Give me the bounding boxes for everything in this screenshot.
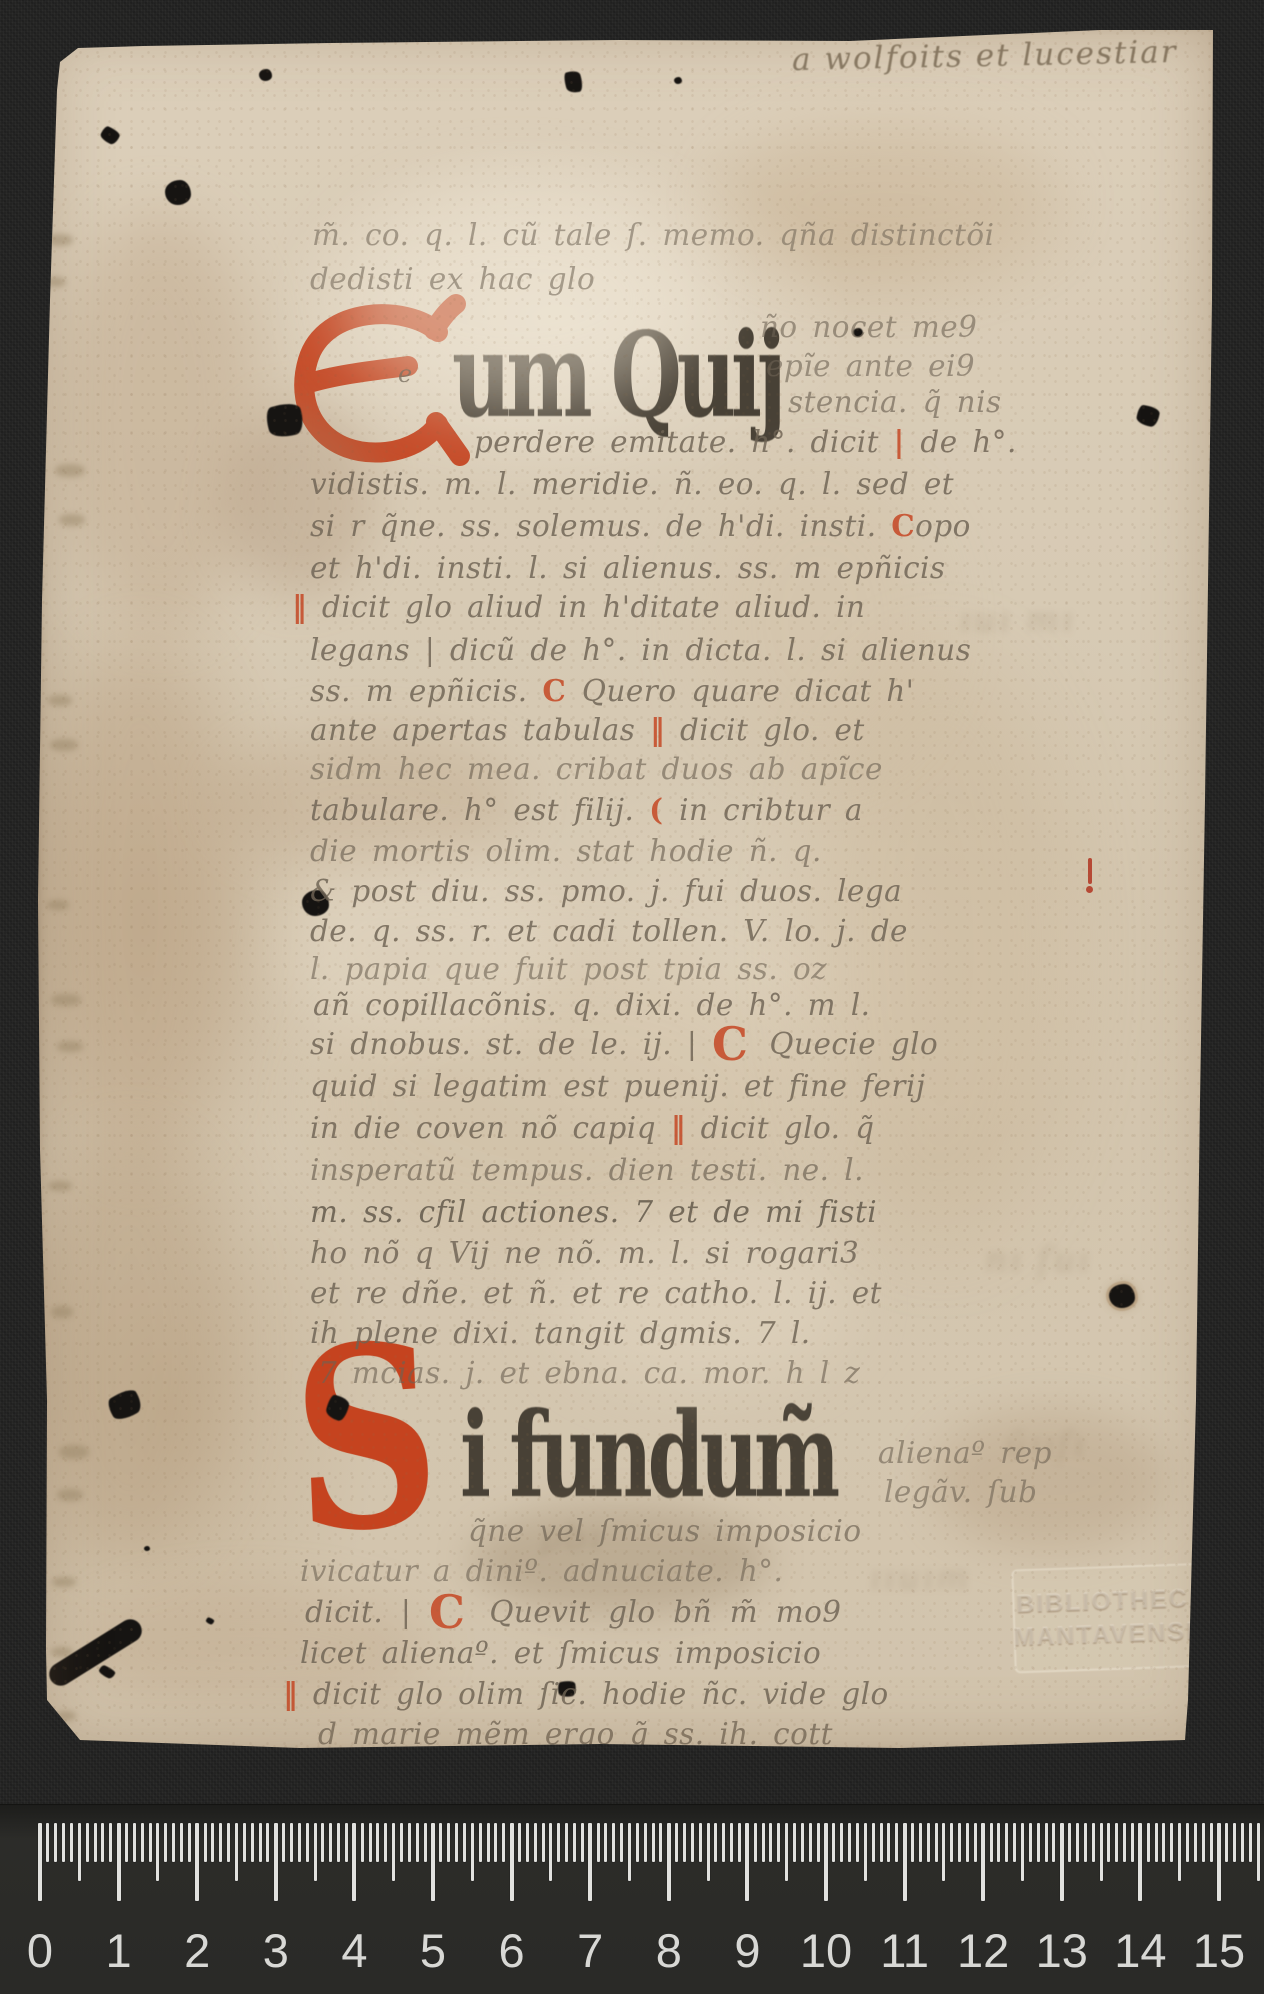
gloss-text: sidm hec mea. cribat duos ab apĩce — [310, 752, 883, 787]
mm-tick — [1147, 1823, 1150, 1862]
red-ink-drop — [1086, 886, 1093, 893]
text-line: ih plene dixi. tangit dgmis. 7 l. — [310, 1316, 811, 1351]
wormhole-spot — [1135, 404, 1160, 428]
gloss-text: ss. m epñicis. — [310, 674, 542, 709]
gloss-text: & post diu. ss. pmo. j. fui duos. lega — [310, 874, 902, 909]
ruler-number: 10 — [794, 1923, 858, 1978]
wormhole-spot — [1109, 1284, 1135, 1308]
mm-tick — [699, 1823, 702, 1862]
mm-tick — [416, 1823, 419, 1862]
mm-tick — [785, 1823, 788, 1881]
text-line: de. q. ss. r. et cadi tollen. V. lo. j. … — [310, 914, 908, 949]
cm-tick — [1060, 1823, 1064, 1901]
mm-tick — [172, 1823, 175, 1862]
gloss-text: dicit glo olim ſic. hodie ñc. vide glo — [298, 1677, 889, 1712]
mm-tick — [919, 1823, 922, 1862]
mm-tick — [1155, 1823, 1158, 1862]
text-line: dedisti ex hac glo — [310, 262, 595, 297]
text-line: m̃. co. q. l. cũ tale ſ. memo. qña disti… — [312, 218, 994, 253]
mm-tick — [620, 1823, 623, 1862]
mm-tick — [479, 1823, 482, 1862]
mm-tick — [997, 1823, 1000, 1862]
mm-tick — [1249, 1823, 1252, 1862]
ruler-number: 5 — [401, 1923, 465, 1978]
gloss-text: insperatũ tempus. dien testi. ne. l. — [310, 1153, 864, 1188]
top-inscription: a wolfoits et lucestiar — [792, 34, 1178, 78]
mm-tick — [227, 1823, 230, 1862]
mm-tick — [298, 1823, 301, 1862]
faded-margin-mark — [59, 514, 85, 526]
rubric-mark: ‖ — [671, 1111, 686, 1146]
wormhole-spot — [259, 69, 272, 81]
text-line: sidm hec mea. cribat duos ab apĩce — [310, 752, 883, 787]
gloss-text: añ copillacõnis. q. dixi. de h°. m l. — [313, 988, 871, 1023]
gloss-text: in cribtur a — [679, 793, 863, 828]
text-line: tabulare. h° est filij. ( in cribtur a — [310, 793, 863, 828]
mm-tick — [581, 1823, 584, 1862]
mm-tick — [1084, 1823, 1087, 1862]
mm-tick — [683, 1823, 686, 1862]
mm-tick — [487, 1823, 490, 1862]
parchment-stain — [45, 640, 235, 1160]
mm-tick — [361, 1823, 364, 1862]
cm-tick — [117, 1823, 121, 1901]
mm-tick — [754, 1823, 757, 1862]
parchment-stain — [60, 210, 260, 630]
heading-word-1: um Quij — [452, 306, 781, 444]
mm-tick — [164, 1823, 167, 1862]
ruler-number: 13 — [1030, 1923, 1094, 1978]
mm-tick — [793, 1823, 796, 1862]
text-line: legans | dicũ de h°. in dicta. l. si ali… — [310, 633, 971, 668]
mm-tick — [817, 1823, 820, 1862]
mm-tick — [46, 1823, 49, 1862]
gloss-text: m̃. co. q. l. cũ tale ſ. memo. qña disti… — [312, 218, 994, 253]
gloss-text: opo — [915, 509, 971, 544]
mm-tick — [1005, 1823, 1008, 1862]
mm-tick — [1123, 1823, 1126, 1862]
mm-tick — [455, 1823, 458, 1862]
stamp-line-1: BIBLIOTHECA — [1016, 1584, 1210, 1620]
mm-tick — [714, 1823, 717, 1862]
gloss-text: dedisti ex hac glo — [310, 262, 595, 297]
cm-tick — [824, 1823, 828, 1901]
faded-margin-mark — [51, 1306, 73, 1318]
cm-tick — [588, 1823, 592, 1901]
mm-tick — [384, 1823, 387, 1862]
text-line: d marie mẽm ergo q̃ ss. ih. cott — [318, 1717, 833, 1752]
mm-tick — [78, 1823, 81, 1881]
mm-tick — [408, 1823, 411, 1862]
text-line: ño nocet me9 — [760, 310, 977, 345]
mm-tick — [612, 1823, 615, 1862]
rubric-mark: ‖ — [292, 590, 307, 625]
gloss-text: Quevit glo bñ m̃ mo9 — [489, 1595, 841, 1630]
gloss-text: dicit. | — [305, 1595, 429, 1630]
mm-tick — [1076, 1823, 1079, 1862]
rubric-mark: | — [894, 425, 921, 460]
mm-tick — [1092, 1823, 1095, 1862]
wormhole-spot — [674, 77, 682, 84]
wormhole-spot — [105, 1386, 146, 1425]
wormhole-spot — [165, 180, 191, 205]
mm-tick — [911, 1823, 914, 1862]
mm-tick — [762, 1823, 765, 1862]
mm-tick — [306, 1823, 309, 1862]
text-line: m. ss. cfil actiones. 7 et de mi fisti — [310, 1195, 877, 1230]
mm-tick — [1170, 1823, 1173, 1862]
ruler-number: 3 — [244, 1923, 308, 1978]
show-through-text: ıuı mı — [960, 600, 1076, 640]
text-line: ante apertas tabulas ‖ dicit glo. et — [310, 713, 865, 748]
text-line: si r q̃ne. ss. solemus. de h'di. insti. … — [310, 509, 971, 544]
mm-tick — [1162, 1823, 1165, 1862]
parchment-stain — [720, 120, 1060, 280]
ruler-number: 6 — [480, 1923, 544, 1978]
mm-tick — [950, 1823, 953, 1862]
rubric-mark: C — [712, 1017, 769, 1071]
mm-tick — [1029, 1823, 1032, 1862]
gloss-text: ivicatur a diniº. adnuciate. h°. — [300, 1554, 783, 1589]
mm-tick — [188, 1823, 191, 1862]
manuscript-page: a wolfoits et lucestiar e um Quij S i fu… — [38, 24, 1218, 1754]
mm-tick — [636, 1823, 639, 1862]
mm-tick — [856, 1823, 859, 1862]
mm-tick — [628, 1823, 631, 1881]
mm-tick — [149, 1823, 152, 1862]
mm-tick — [1021, 1823, 1024, 1881]
mm-tick — [282, 1823, 285, 1862]
faded-margin-mark — [56, 1711, 76, 1721]
wormhole-spot — [562, 69, 584, 95]
wormhole-spot — [99, 124, 122, 145]
rubric-mark: C — [891, 509, 915, 544]
mm-tick — [872, 1823, 875, 1862]
stamp-line-2: MANTAVENSIS — [1013, 1617, 1214, 1653]
cm-tick — [745, 1823, 749, 1901]
ruler-number: 7 — [558, 1923, 622, 1978]
mm-tick — [94, 1823, 97, 1862]
mm-tick — [1178, 1823, 1181, 1881]
mm-tick — [832, 1823, 835, 1862]
mm-tick — [1233, 1823, 1236, 1862]
gloss-text: in die coven nõ capiq — [310, 1111, 671, 1146]
ruler-number: 1 — [87, 1923, 151, 1978]
cm-tick — [274, 1823, 278, 1901]
faded-margin-mark — [48, 1181, 72, 1191]
faded-margin-mark — [51, 994, 81, 1006]
text-line: l. papia que fuit post tpia ss. oz — [310, 952, 827, 987]
faded-margin-mark — [47, 900, 69, 910]
mm-tick — [549, 1823, 552, 1881]
mm-tick — [424, 1823, 427, 1862]
mm-tick — [1100, 1823, 1103, 1881]
gloss-text: de h°. — [920, 425, 1016, 460]
mm-tick — [133, 1823, 136, 1862]
mm-tick — [1013, 1823, 1016, 1862]
text-line: si dnobus. st. de le. ij. | C Quecie glo — [310, 1027, 938, 1062]
mm-tick — [1045, 1823, 1048, 1862]
mm-tick — [887, 1823, 890, 1862]
faded-margin-mark — [57, 1041, 83, 1052]
mm-tick — [557, 1823, 560, 1862]
mm-tick — [392, 1823, 395, 1881]
mm-tick — [1257, 1823, 1260, 1881]
mm-tick — [235, 1823, 238, 1881]
mm-tick — [691, 1823, 694, 1862]
mm-tick — [219, 1823, 222, 1862]
mm-tick — [376, 1823, 379, 1862]
gloss-text: legans | dicũ de h°. in dicta. l. si ali… — [310, 633, 971, 668]
mm-tick — [109, 1823, 112, 1862]
mm-tick — [494, 1823, 497, 1862]
manuscript-photo: a wolfoits et lucestiar e um Quij S i fu… — [0, 0, 1264, 1994]
gloss-text: die mortis olim. stat hodie ñ. q. — [310, 834, 822, 869]
gloss-text: 7 mcias. j. et ebna. ca. mor. h l z — [318, 1356, 860, 1391]
text-line: ‖ dicit glo aliud in h'ditate aliud. in — [292, 590, 865, 625]
mm-tick — [1186, 1823, 1189, 1862]
mm-tick — [722, 1823, 725, 1862]
ruler-number: 2 — [165, 1923, 229, 1978]
text-line: epĩe ante ei9 — [766, 349, 975, 384]
cm-tick — [510, 1823, 514, 1901]
ruler-number: 14 — [1108, 1923, 1172, 1978]
ruler-number: 11 — [873, 1923, 937, 1978]
text-line: insperatũ tempus. dien testi. ne. l. — [310, 1153, 864, 1188]
rubric-mark: ‖ — [283, 1677, 298, 1712]
mm-tick — [86, 1823, 89, 1862]
mm-tick — [259, 1823, 262, 1862]
faded-margin-mark — [46, 277, 66, 287]
mm-tick — [1052, 1823, 1055, 1862]
gloss-text: Quecie glo — [769, 1027, 938, 1062]
heading-word-2: i fundum̃ — [460, 1386, 835, 1524]
gloss-text: perdere emitate. h°. dicit — [474, 425, 894, 460]
mm-tick — [141, 1823, 144, 1862]
mm-tick — [1202, 1823, 1205, 1862]
mm-tick — [1225, 1823, 1228, 1862]
text-line: q̃ne vel ſmicus imposicio — [468, 1514, 862, 1549]
gloss-text: stencia. q̃ nis — [788, 385, 1002, 420]
ruler-number: 8 — [637, 1923, 701, 1978]
text-line: dicit. | C Quevit glo bñ m̃ mo9 — [305, 1595, 842, 1630]
gloss-text: licet alienaº. et ſmicus imposicio — [300, 1636, 821, 1671]
mm-tick — [251, 1823, 254, 1862]
mm-tick — [1210, 1823, 1213, 1862]
cm-tick — [352, 1823, 356, 1901]
mm-tick — [604, 1823, 607, 1862]
gloss-text: m. ss. cfil actiones. 7 et de mi fisti — [310, 1195, 877, 1230]
text-line: ‖ dicit glo olim ſic. hodie ñc. vide glo — [283, 1677, 889, 1712]
ruler-number: 9 — [715, 1923, 779, 1978]
mm-tick — [652, 1823, 655, 1862]
mm-tick — [573, 1823, 576, 1862]
mm-tick — [266, 1823, 269, 1862]
text-line: die mortis olim. stat hodie ñ. q. — [310, 834, 822, 869]
cm-tick — [1217, 1823, 1221, 1901]
gloss-text: ante apertas tabulas — [310, 713, 650, 748]
cm-tick — [195, 1823, 199, 1901]
mm-tick — [707, 1823, 710, 1881]
text-line: in die coven nõ capiq ‖ dicit glo. q̃ — [310, 1111, 875, 1146]
mm-tick — [801, 1823, 804, 1862]
text-line: 7 mcias. j. et ebna. ca. mor. h l z — [318, 1356, 860, 1391]
mm-tick — [935, 1823, 938, 1862]
mm-tick — [314, 1823, 317, 1881]
mm-tick — [1131, 1823, 1134, 1862]
cm-tick — [981, 1823, 985, 1901]
gloss-text: et re dñe. et ñ. et re catho. l. ij. et — [310, 1276, 882, 1311]
text-line: ss. m epñicis. C Quero quare dicat h' — [310, 674, 914, 709]
gloss-text: epĩe ante ei9 — [766, 349, 975, 384]
mm-tick — [345, 1823, 348, 1862]
mm-tick — [1241, 1823, 1244, 1862]
gloss-text: Quero quare dicat h' — [582, 674, 915, 709]
mm-tick — [204, 1823, 207, 1862]
show-through-text: nı ſuı — [985, 1240, 1092, 1280]
cm-tick — [667, 1823, 671, 1901]
mm-tick — [597, 1823, 600, 1862]
text-line: et re dñe. et ñ. et re catho. l. ij. et — [310, 1276, 882, 1311]
mm-tick — [337, 1823, 340, 1862]
gloss-text: et h'di. insti. l. si alienus. ss. m epñ… — [310, 551, 945, 586]
library-stamp: BIBLIOTHECA MANTAVENSIS — [1011, 1563, 1215, 1674]
gloss-text: dicit glo. et — [665, 713, 864, 748]
text-line: vidistis. m. l. meridie. ñ. eo. q. l. se… — [310, 467, 954, 502]
faded-margin-mark — [57, 1489, 83, 1501]
mm-tick — [400, 1823, 403, 1862]
mm-tick — [518, 1823, 521, 1862]
mm-tick — [243, 1823, 246, 1862]
gloss-text: tabulare. h° est filij. — [310, 793, 649, 828]
cm-tick — [38, 1823, 42, 1901]
mm-tick — [864, 1823, 867, 1881]
faded-margin-mark — [50, 739, 78, 751]
ruler-number: 12 — [951, 1923, 1015, 1978]
gloss-text: ih plene dixi. tangit dgmis. 7 l. — [310, 1316, 811, 1351]
text-line: alienaº rep — [878, 1436, 1052, 1471]
rubric-mark: C — [542, 674, 582, 709]
wormhole-spot — [205, 1617, 215, 1625]
mm-tick — [738, 1823, 741, 1862]
mm-tick — [769, 1823, 772, 1862]
text-line: et h'di. insti. l. si alienus. ss. m epñ… — [310, 551, 945, 586]
mm-tick — [463, 1823, 466, 1862]
mm-tick — [966, 1823, 969, 1862]
text-line: ho nõ q Vij ne nõ. m. l. si rogari3 — [310, 1236, 859, 1271]
gloss-text: dicit glo aliud in h'ditate aliud. in — [307, 590, 865, 625]
gloss-text: vidistis. m. l. meridie. ñ. eo. q. l. se… — [310, 467, 954, 502]
mm-tick — [675, 1823, 678, 1862]
mm-tick — [526, 1823, 529, 1862]
mm-tick — [1115, 1823, 1118, 1862]
text-line: stencia. q̃ nis — [788, 385, 1002, 420]
mm-tick — [777, 1823, 780, 1862]
text-line: legãv. ſub — [884, 1475, 1037, 1510]
text-line: ivicatur a diniº. adnuciate. h°. — [300, 1554, 783, 1589]
mm-tick — [439, 1823, 442, 1862]
mm-tick — [180, 1823, 183, 1862]
gloss-text: ño nocet me9 — [760, 310, 977, 345]
faded-margin-mark — [55, 464, 85, 477]
mm-tick — [895, 1823, 898, 1862]
mm-tick — [1194, 1823, 1197, 1862]
mm-tick — [211, 1823, 214, 1862]
faded-margin-mark — [59, 1445, 89, 1459]
mm-tick — [730, 1823, 733, 1862]
mm-tick — [1037, 1823, 1040, 1862]
mm-tick — [848, 1823, 851, 1862]
rubric-mark: ( — [649, 793, 679, 828]
mm-tick — [62, 1823, 65, 1862]
mm-tick — [809, 1823, 812, 1862]
mm-tick — [290, 1823, 293, 1862]
text-line: licet alienaº. et ſmicus imposicio — [300, 1636, 821, 1671]
mm-tick — [1107, 1823, 1110, 1862]
gloss-text: ho nõ q Vij ne nõ. m. l. si rogari3 — [310, 1236, 859, 1271]
gloss-text: d marie mẽm ergo q̃ ss. ih. cott — [318, 1717, 833, 1752]
mm-tick — [125, 1823, 128, 1862]
gloss-text: l. papia que fuit post tpia ss. oz — [310, 952, 827, 987]
gloss-text: dicit glo. q̃ — [686, 1111, 875, 1146]
mm-tick — [1068, 1823, 1071, 1862]
mm-tick — [54, 1823, 57, 1862]
gloss-text: de. q. ss. r. et cadi tollen. V. lo. j. … — [310, 914, 908, 949]
gloss-text: si dnobus. st. de le. ij. | — [310, 1027, 712, 1062]
gloss-text: q̃ne vel ſmicus imposicio — [468, 1514, 862, 1549]
mm-tick — [659, 1823, 662, 1862]
mm-tick — [542, 1823, 545, 1862]
mm-tick — [70, 1823, 73, 1862]
mm-tick — [974, 1823, 977, 1862]
mm-tick — [942, 1823, 945, 1881]
gloss-text: alienaº rep — [878, 1436, 1052, 1471]
mm-tick — [990, 1823, 993, 1862]
mm-tick — [369, 1823, 372, 1862]
show-through-text: ııuım — [870, 1558, 972, 1598]
red-ink-drip — [1088, 858, 1092, 884]
mm-tick — [502, 1823, 505, 1862]
cm-tick — [903, 1823, 907, 1901]
initial-E-rubric — [288, 302, 470, 466]
text-line: añ copillacõnis. q. dixi. de h°. m l. — [313, 988, 871, 1023]
ruler-number: 0 — [8, 1923, 72, 1978]
guide-letter: e — [398, 360, 412, 388]
rubric-mark: C — [429, 1585, 489, 1639]
mm-tick — [880, 1823, 883, 1862]
mm-tick — [534, 1823, 537, 1862]
wormhole-spot — [98, 1664, 117, 1680]
mm-tick — [927, 1823, 930, 1862]
mm-tick — [447, 1823, 450, 1862]
faded-margin-mark — [52, 1577, 76, 1587]
text-line: quid si legatim est puenij. et fine feri… — [310, 1069, 925, 1104]
mm-tick — [101, 1823, 104, 1862]
gloss-text: legãv. ſub — [884, 1475, 1037, 1510]
cm-tick — [1138, 1823, 1142, 1901]
mm-tick — [644, 1823, 647, 1862]
gloss-text: si r q̃ne. ss. solemus. de h'di. insti. — [310, 509, 891, 544]
mm-tick — [321, 1823, 324, 1862]
rubric-mark: ‖ — [650, 713, 665, 748]
mm-tick — [329, 1823, 332, 1862]
cm-tick — [431, 1823, 435, 1901]
gloss-text: quid si legatim est puenij. et fine feri… — [310, 1069, 925, 1104]
ruler-number: 4 — [322, 1923, 386, 1978]
mm-tick — [565, 1823, 568, 1862]
text-line: & post diu. ss. pmo. j. fui duos. lega — [310, 874, 902, 909]
mm-tick — [156, 1823, 159, 1881]
